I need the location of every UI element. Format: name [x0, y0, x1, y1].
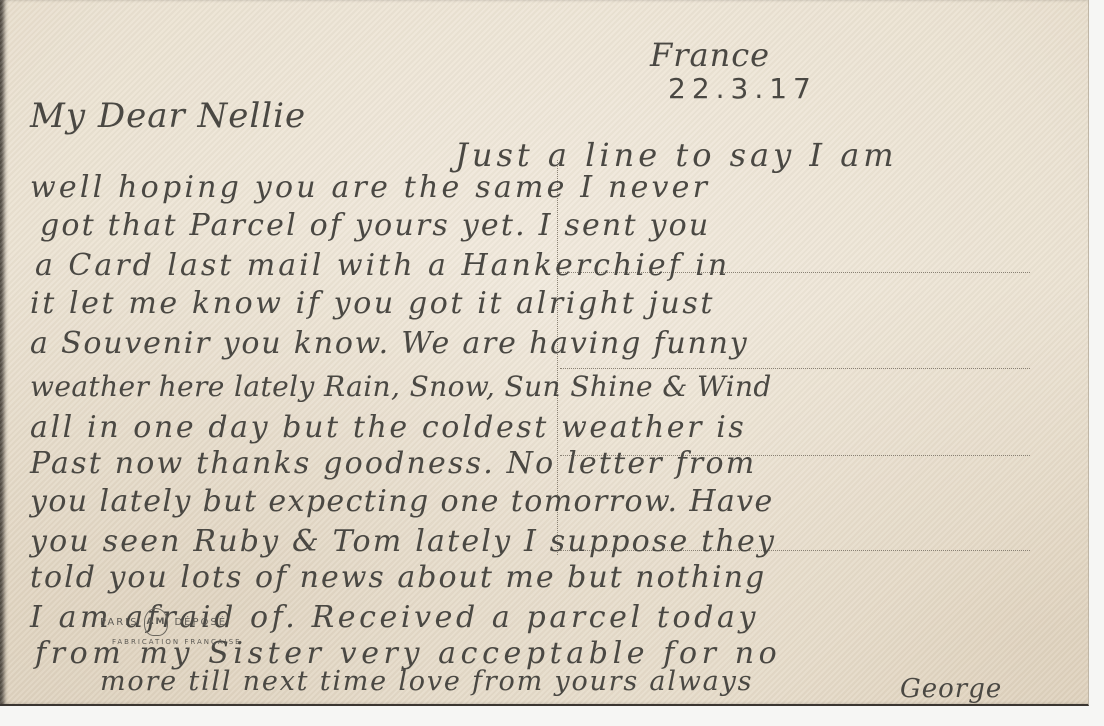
- letter-line: Just a line to say I am: [455, 136, 898, 174]
- letter-line: a Card last mail with a Hankerchief in: [35, 248, 730, 283]
- letter-line: more till next time love from yours alwa…: [100, 666, 753, 697]
- postcard-back: France 22.3.17 My Dear Nellie Just a lin…: [0, 0, 1089, 706]
- printer-subtitle: FABRICATION FRANÇAISE: [112, 638, 242, 646]
- letter-line: a Souvenir you know. We are having funny: [30, 326, 749, 361]
- publisher-monogram-icon: AM: [144, 608, 168, 636]
- letter-line: you seen Ruby & Tom lately I suppose the…: [30, 524, 776, 559]
- printer-registered: DÉPOSÉ: [174, 617, 227, 628]
- printer-mark: PARIS AM DÉPOSÉ FABRICATION FRANÇAISE: [100, 608, 242, 646]
- place-heading: France: [650, 36, 770, 74]
- signature: George: [900, 674, 1002, 704]
- salutation: My Dear Nellie: [30, 96, 306, 136]
- letter-line: it let me know if you got it alright jus…: [30, 286, 715, 321]
- letter-line: well hoping you are the same I never: [30, 170, 710, 205]
- letter-line: weather here lately Rain, Snow, Sun Shin…: [30, 370, 772, 403]
- letter-line: told you lots of news about me but nothi…: [30, 560, 766, 595]
- printer-city: PARIS: [100, 617, 138, 628]
- letter-line: got that Parcel of yours yet. I sent you: [40, 208, 710, 243]
- letter-line: Past now thanks goodness. No letter from: [30, 446, 756, 481]
- letter-line: all in one day but the coldest weather i…: [30, 410, 746, 445]
- address-line: [560, 368, 1030, 369]
- letter-line: you lately but expecting one tomorrow. H…: [30, 484, 774, 519]
- date: 22.3.17: [668, 72, 817, 105]
